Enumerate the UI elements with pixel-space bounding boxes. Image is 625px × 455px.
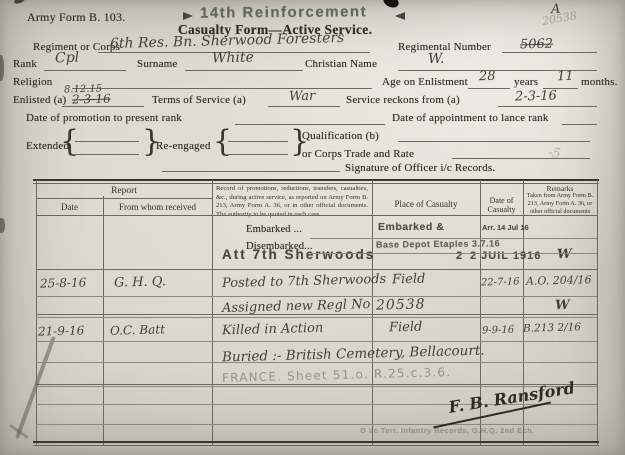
entry-posted-casualty-date: 22-7-16 [481, 276, 520, 288]
row-line [36, 384, 597, 385]
signature-of-officer-label: Signature of Officer i/c Records. [345, 162, 495, 174]
underline [268, 106, 340, 107]
underline [44, 70, 126, 71]
attached-date-prefix-stamp: 2 [456, 250, 463, 262]
rank-label: Rank [13, 58, 37, 70]
brace-open: { [213, 127, 232, 157]
entry-posted-remarks: A.O. 204/16 [526, 273, 592, 288]
underline [468, 88, 510, 89]
underline [452, 158, 590, 159]
row-line [310, 253, 597, 254]
entry-posted-place: Field [392, 272, 426, 288]
edge-smudge [13, 0, 25, 5]
rank-value: Cpl [55, 50, 80, 67]
embarked-label: Embarked ... [246, 224, 302, 235]
brace-line [75, 141, 139, 142]
date-header: Date [36, 202, 103, 212]
report-header: Report [36, 186, 212, 196]
remarks-subheader: Taken from Army Form B. 213, Army Form A… [525, 192, 595, 215]
row-line [36, 269, 597, 270]
entry-killed-place: Field [389, 320, 423, 336]
underline [398, 141, 590, 142]
reckons-value: 2-3-16 [515, 88, 557, 104]
enlisted-struck-value: 2-3-16 [72, 91, 111, 106]
religion-label: Religion [13, 76, 53, 88]
regiment-value: 6th Res. Bn. Sherwood Foresters [110, 30, 345, 52]
date-of-casualty-header: Casualty [480, 205, 523, 214]
entry-killed-date: 21-9-16 [38, 323, 85, 338]
brace-line [75, 154, 139, 155]
edge-smudge [0, 218, 5, 233]
place-of-casualty-header: Place of Casualty [372, 199, 480, 209]
surname-value: White [212, 49, 254, 66]
surname-label: Surname [137, 58, 178, 70]
embarked-stamp: Embarked & [378, 221, 444, 233]
brace-line [228, 154, 288, 155]
entry-new-number-value: 20538 [376, 296, 426, 313]
form-number: Army Form B. 103. [27, 10, 125, 25]
attached-unit-stamp: Att 7th Sherwoods [222, 247, 375, 262]
underline [162, 171, 340, 172]
entry-posted-date: 25-8-16 [40, 275, 87, 290]
entry-killed-record: Killed in Action [222, 321, 324, 339]
corps-trade-value: -5 [547, 145, 562, 162]
table-bottom-rule-2 [33, 445, 599, 446]
qualification-label: Qualification (b) [302, 130, 379, 142]
corps-trade-label: or Corps Trade and Rate [302, 148, 414, 160]
age-label: Age on Enlistment [382, 76, 468, 88]
underline [72, 88, 372, 89]
row-line [36, 362, 597, 363]
entry-map-reference: FRANCE. Sheet 51.o. R.25.c.3.6. [222, 365, 451, 385]
reinforcement-stamp: 14th Reinforcement [200, 3, 367, 21]
stamp-arrow-icon [395, 12, 405, 20]
entry-posted-record: Posted to 7th Sherwoods [222, 272, 387, 291]
header-bottom-rule [36, 215, 597, 216]
pencil-check-mark: W [557, 247, 572, 262]
entry-killed-from: O.C. Batt [110, 322, 165, 337]
lance-label: Date of appointment to lance rank [392, 112, 549, 124]
corner-pencil-number: 20538 [541, 9, 578, 28]
underline [498, 106, 597, 107]
underline [62, 106, 144, 107]
table-top-rule [33, 179, 599, 181]
arrived-stamp: Arr. 14 Jul 16 [482, 223, 529, 232]
column-divider [597, 180, 598, 446]
regimental-number-label: Regimental Number [398, 41, 491, 53]
reengaged-label: Re-engaged [156, 140, 211, 152]
pencil-check-mark: W [555, 298, 570, 313]
column-divider [212, 180, 213, 446]
base-depot-stamp: Base Depot Etaples 3.7.16 [376, 238, 500, 249]
christian-name-label: Christian Name [305, 58, 377, 70]
brace-line [228, 141, 288, 142]
row-line [36, 296, 597, 297]
table-bottom-rule [33, 441, 599, 443]
terms-label: Terms of Service (a) [152, 94, 246, 106]
entry-killed-casualty-date: 9-9-16 [482, 325, 514, 337]
entry-posted-from: G. H. Q. [114, 274, 166, 290]
from-whom-header: From whom received [103, 202, 212, 212]
row-line [310, 238, 597, 239]
header-divider [36, 198, 212, 199]
stamp-arrow-icon [183, 12, 193, 20]
enlisted-label: Enlisted (a) [13, 94, 66, 106]
underline [502, 52, 597, 53]
years-label: years [514, 76, 538, 88]
underline [185, 70, 303, 71]
terms-value: War [289, 89, 316, 105]
brace-open: { [60, 127, 79, 157]
age-months-value: 11 [557, 69, 574, 84]
age-years-value: 28 [479, 69, 496, 84]
edge-smudge [0, 55, 4, 81]
row-line [36, 341, 597, 342]
regimental-number-value: 5062 [520, 37, 553, 53]
months-label: months. [581, 76, 618, 88]
row-line [36, 314, 597, 315]
entry-killed-remarks: B.213 2/16 [523, 321, 581, 335]
row-line [36, 317, 597, 318]
reckons-label: Service reckons from (a) [346, 94, 460, 106]
attached-date-stamp: 2 JUIL 1916 [470, 250, 541, 262]
table-top-rule-2 [33, 183, 599, 184]
column-divider [36, 180, 37, 446]
date-of-casualty-header: Date of [480, 196, 523, 205]
row-line [36, 424, 597, 425]
column-divider [372, 180, 373, 446]
casualty-form-scan: Army Form B. 103. 14th Reinforcement Cas… [0, 0, 625, 455]
underline [235, 124, 385, 125]
christian-name-value: W. [428, 51, 445, 67]
column-divider [103, 196, 104, 446]
ink-blot [381, 0, 400, 10]
underline [562, 124, 597, 125]
records-office-stamp: O i/c Terr. Infantry Records, G.H.Q. 2nd… [360, 426, 535, 435]
promotion-label: Date of promotion to present rank [26, 112, 182, 124]
